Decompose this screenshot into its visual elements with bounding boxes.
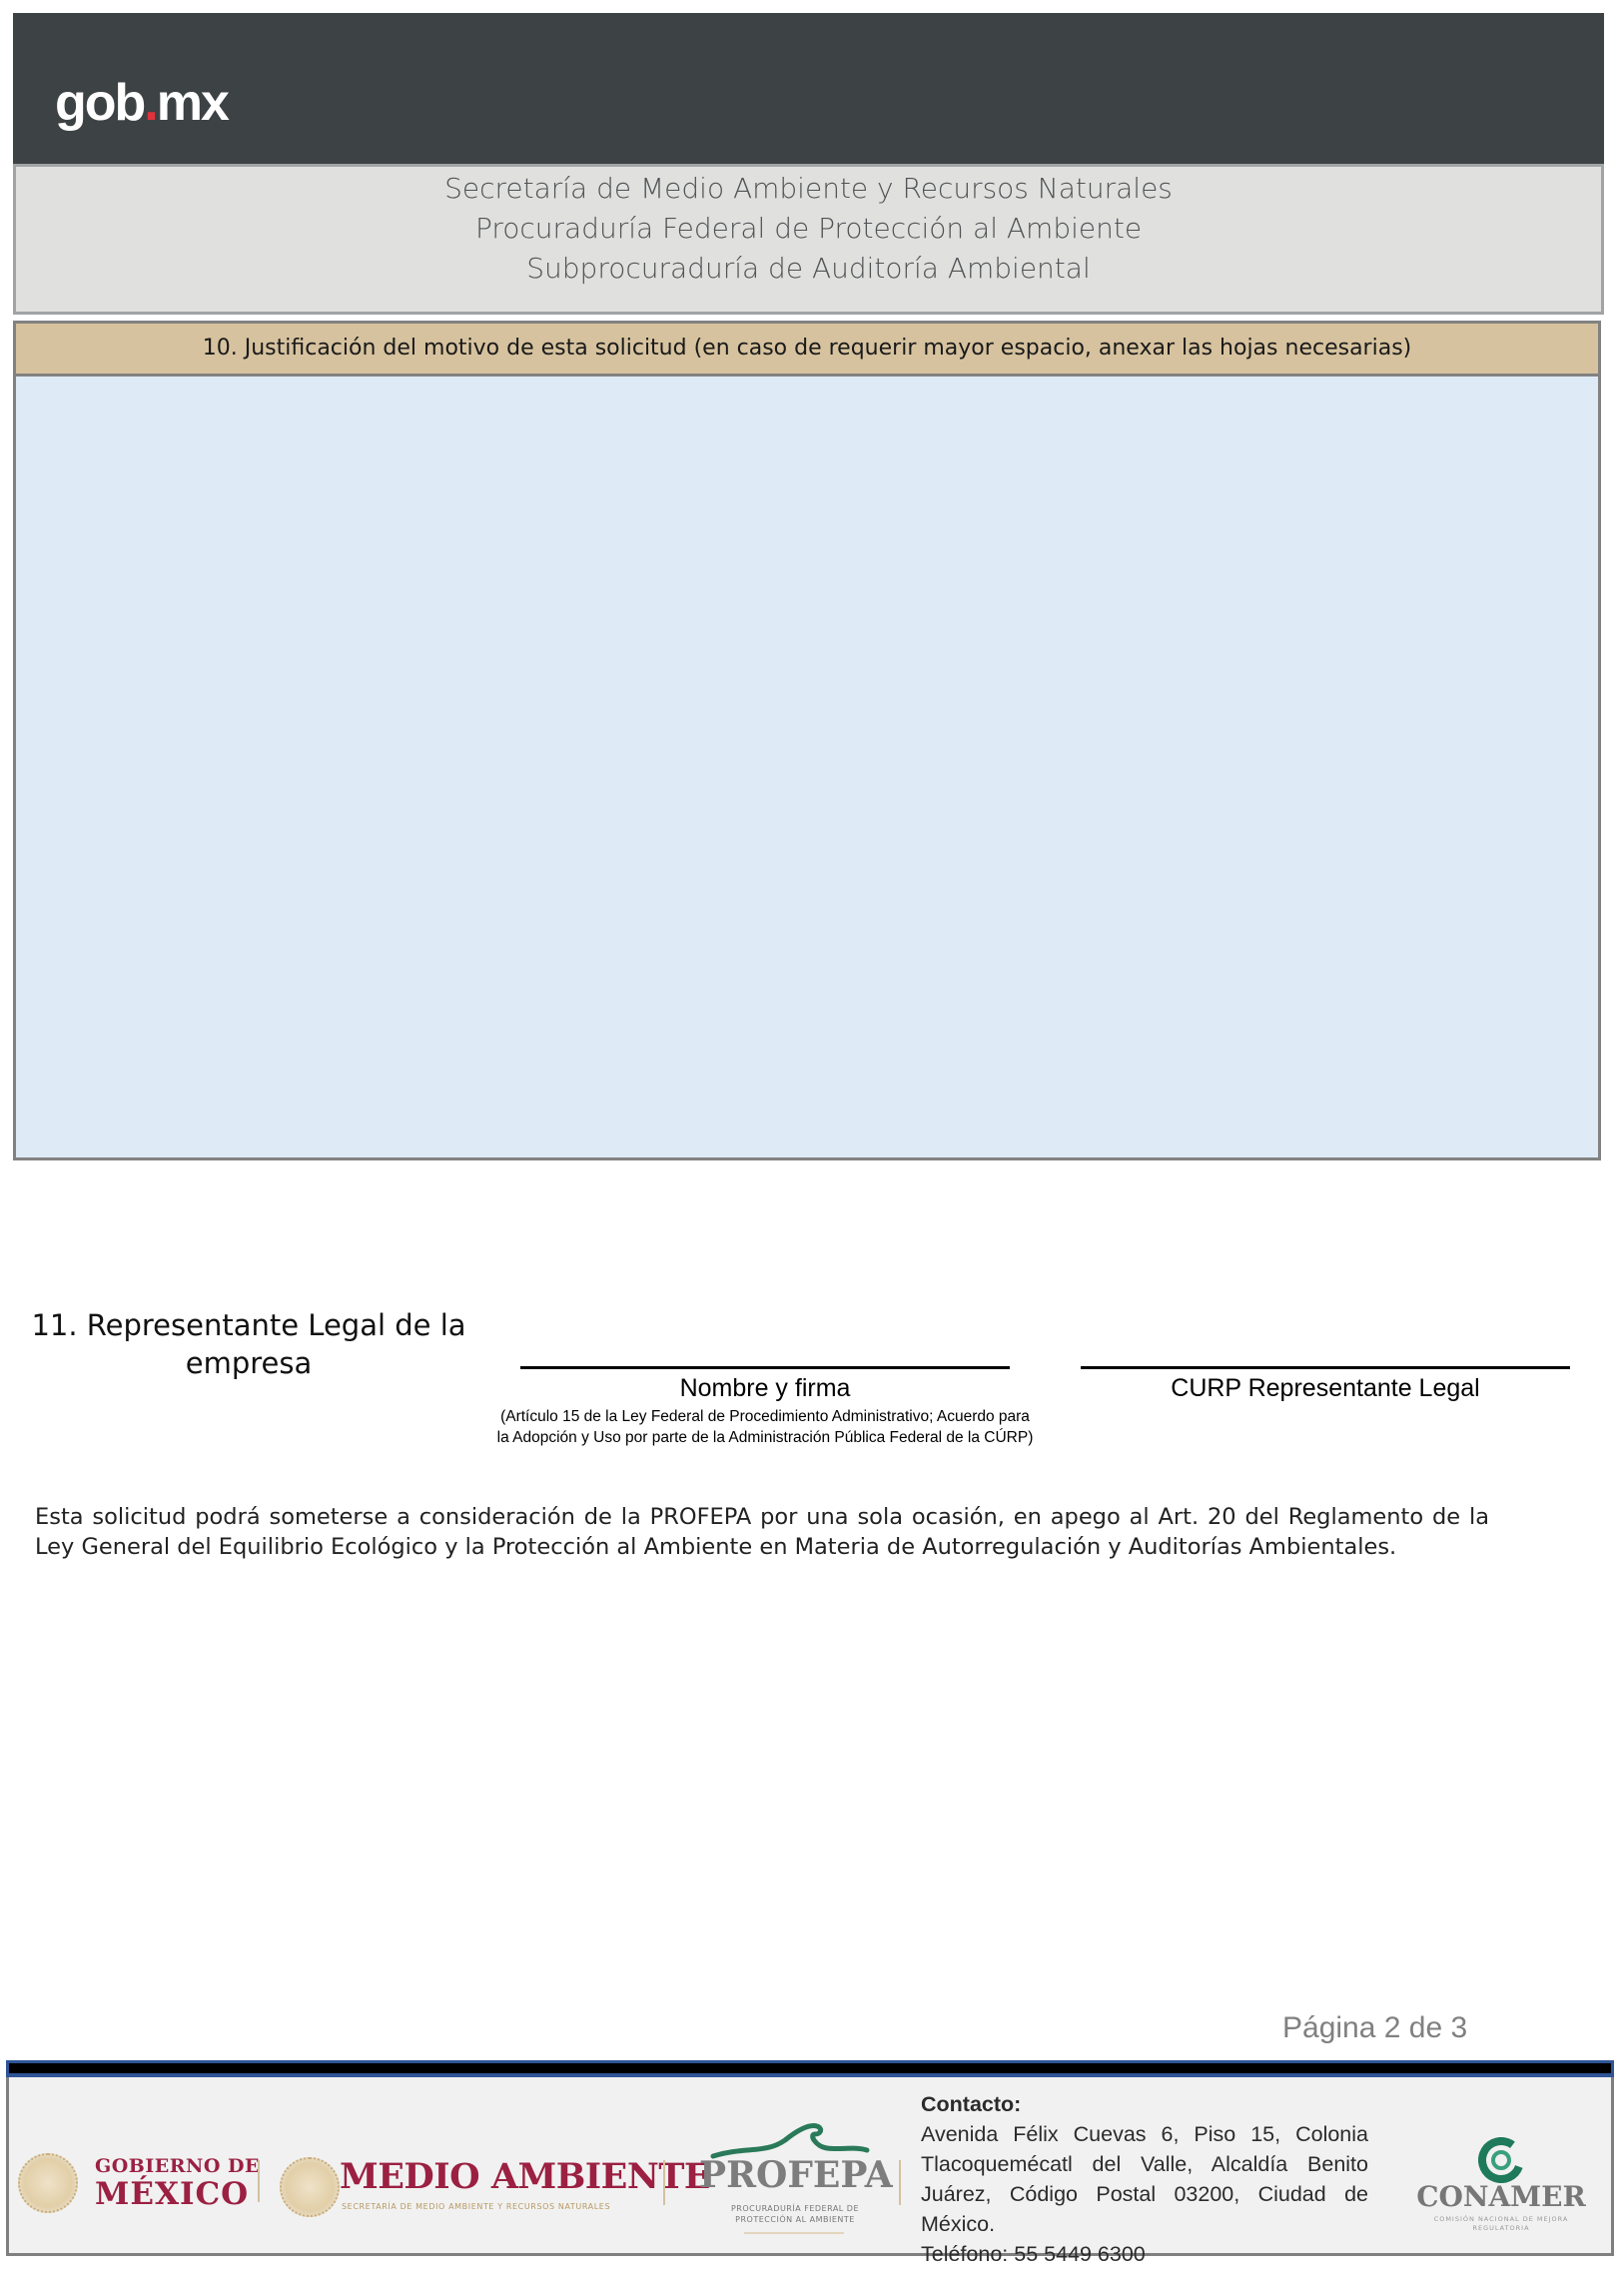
- gobmx-logo[interactable]: gob.mx: [55, 53, 228, 153]
- contact-heading: Contacto:: [921, 2089, 1368, 2119]
- profepa-subtitle: PROCURADURÍA FEDERAL DE PROTECCIÓN AL AM…: [715, 2203, 875, 2225]
- contact-address: Avenida Félix Cuevas 6, Piso 15, Colonia…: [921, 2122, 1368, 2236]
- agency-subprocuraduria: Subprocuraduría de Auditoría Ambiental: [16, 249, 1601, 289]
- logo-divider: [899, 2160, 901, 2205]
- agency-header: Secretaría de Medio Ambiente y Recursos …: [13, 164, 1604, 315]
- contact-phone: Teléfono: 55 5449 6300: [921, 2242, 1146, 2266]
- notice-paragraph: Esta solicitud podrá someterse a conside…: [35, 1502, 1489, 1562]
- mexico-seal-icon: [18, 2153, 78, 2213]
- section-11-title: 11. Representante Legal de la empresa: [24, 1306, 473, 1382]
- profepa-rule: [744, 2232, 844, 2234]
- footer-black-bar: [9, 2063, 1611, 2073]
- gobierno-logo-line1: GOBIERNO DE: [95, 2157, 260, 2176]
- signature-line[interactable]: [520, 1366, 1010, 1369]
- mexico-seal-icon: [280, 2157, 340, 2217]
- conamer-logo-icon: [1478, 2137, 1524, 2183]
- justification-text-field[interactable]: [13, 377, 1601, 1160]
- gobierno-logo-line2: MÉXICO: [95, 2179, 260, 2210]
- curp-line[interactable]: [1081, 1366, 1570, 1369]
- logo-text: gob: [55, 74, 144, 132]
- conamer-subtitle: COMISIÓN NACIONAL DE MEJORA REGULATORIA: [1416, 2215, 1586, 2233]
- contact-info: Contacto: Avenida Félix Cuevas 6, Piso 1…: [921, 2089, 1368, 2269]
- logo-dot: .: [144, 74, 156, 132]
- signature-label: Nombre y firma: [520, 1374, 1010, 1403]
- conamer-logo: CONAMER: [1416, 2183, 1586, 2211]
- signature-legal-note: (Artículo 15 de la Ley Federal de Proced…: [495, 1406, 1035, 1448]
- profepa-logo: PROFEPA: [699, 2157, 893, 2193]
- page-number: Página 2 de 3: [1282, 2011, 1467, 2045]
- logo-divider: [258, 2160, 260, 2202]
- logo-divider: [663, 2160, 665, 2205]
- curp-label: CURP Representante Legal: [1081, 1374, 1570, 1403]
- medio-ambiente-logo: MEDIO AMBIENTE: [340, 2159, 710, 2194]
- agency-secretaria: Secretaría de Medio Ambiente y Recursos …: [16, 169, 1601, 209]
- section-10-header: 10. Justificación del motivo de esta sol…: [13, 321, 1601, 377]
- logo-tld: mx: [157, 74, 228, 132]
- agency-procuraduria: Procuraduría Federal de Protección al Am…: [16, 209, 1601, 249]
- gobierno-de-mexico-logo: GOBIERNO DE MÉXICO: [95, 2157, 260, 2210]
- gobmx-header-bar: gob.mx: [13, 13, 1604, 164]
- medio-ambiente-subtitle: SECRETARÍA DE MEDIO AMBIENTE Y RECURSOS …: [342, 2202, 610, 2211]
